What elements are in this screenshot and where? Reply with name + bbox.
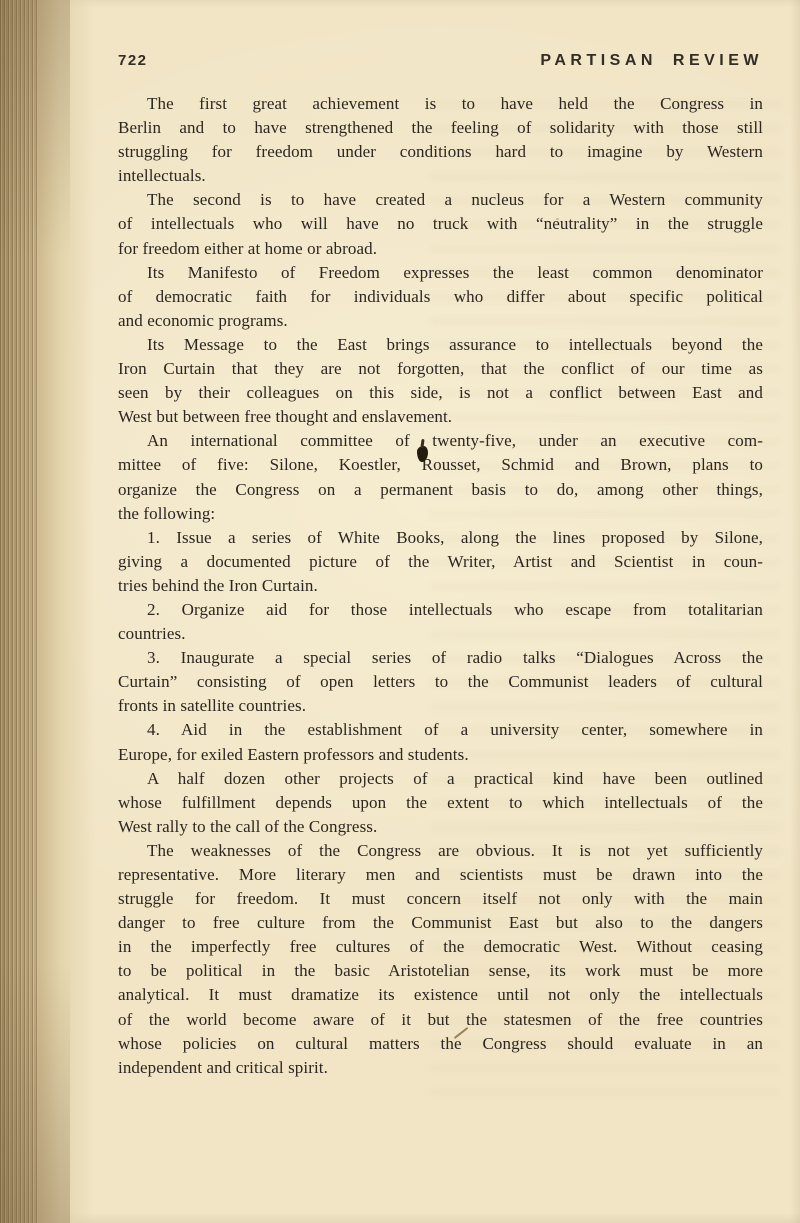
text-line: tries behind the Iron Curtain. xyxy=(118,574,763,598)
text-line: giving a documented picture of the Write… xyxy=(118,550,763,574)
text-line: whose fulfillment depends upon the exten… xyxy=(118,791,763,815)
page-header: 722 PARTISAN REVIEW xyxy=(118,52,763,70)
text-line: independent and critical spirit. xyxy=(118,1056,763,1080)
text-line: West but between free thought and enslav… xyxy=(118,405,763,429)
text-line: intellectuals. xyxy=(118,164,763,188)
text-line: representative. More literary men and sc… xyxy=(118,863,763,887)
text-line: Its Manifesto of Freedom expresses the l… xyxy=(118,261,763,285)
article-body: The first great achievement is to have h… xyxy=(118,92,763,1080)
text-line: Curtain” consisting of open letters to t… xyxy=(118,670,763,694)
text-line: The first great achievement is to have h… xyxy=(118,92,763,116)
text-line: struggle for freedom. It must concern it… xyxy=(118,887,763,911)
text-line: 4. Aid in the establishment of a univers… xyxy=(118,718,763,742)
text-line: struggling for freedom under conditions … xyxy=(118,140,763,164)
text-line: The weaknesses of the Congress are obvio… xyxy=(118,839,763,863)
text-line: The second is to have created a nucleus … xyxy=(118,188,763,212)
text-line: mittee of five: Silone, Koestler, Rousse… xyxy=(118,453,763,477)
text-line: Iron Curtain that they are not forgotten… xyxy=(118,357,763,381)
text-line: Europe, for exiled Eastern professors an… xyxy=(118,743,763,767)
text-line: of intellectuals who will have no truck … xyxy=(118,212,763,236)
gutter-shade-top xyxy=(0,0,70,260)
text-line: for freedom either at home or abroad. xyxy=(118,237,763,261)
text-line: Berlin and to have strengthened the feel… xyxy=(118,116,763,140)
text-line: West rally to the call of the Congress. xyxy=(118,815,763,839)
text-line: danger to free culture from the Communis… xyxy=(118,911,763,935)
text-line: to be political in the basic Aristotelia… xyxy=(118,959,763,983)
text-line: in the imperfectly free cultures of the … xyxy=(118,935,763,959)
text-line: and economic programs. xyxy=(118,309,763,333)
text-line: A half dozen other projects of a practic… xyxy=(118,767,763,791)
text-line: of the world become aware of it but the … xyxy=(118,1008,763,1032)
binding-gutter xyxy=(0,0,95,1223)
text-line: 3. Inaugurate a special series of radio … xyxy=(118,646,763,670)
scanned-page: 722 PARTISAN REVIEW The first great achi… xyxy=(0,0,800,1223)
page-edge-stripes xyxy=(0,0,38,1223)
page-number: 722 xyxy=(118,52,148,69)
text-line: 1. Issue a series of White Books, along … xyxy=(118,526,763,550)
text-line: analytical. It must dramatize its existe… xyxy=(118,983,763,1007)
text-line: fronts in satellite countries. xyxy=(118,694,763,718)
gutter-shade-bottom xyxy=(0,963,70,1223)
text-line: An international committee of twenty-fiv… xyxy=(118,429,763,453)
text-line: organize the Congress on a permanent bas… xyxy=(118,478,763,502)
text-line: 2. Organize aid for those intellectuals … xyxy=(118,598,763,622)
text-line: the following: xyxy=(118,502,763,526)
text-line: countries. xyxy=(118,622,763,646)
text-line: of democratic faith for individuals who … xyxy=(118,285,763,309)
text-line: Its Message to the East brings assurance… xyxy=(118,333,763,357)
text-line: whose policies on cultural matters the C… xyxy=(118,1032,763,1056)
journal-title: PARTISAN REVIEW xyxy=(540,52,763,70)
text-line: seen by their colleagues on this side, i… xyxy=(118,381,763,405)
